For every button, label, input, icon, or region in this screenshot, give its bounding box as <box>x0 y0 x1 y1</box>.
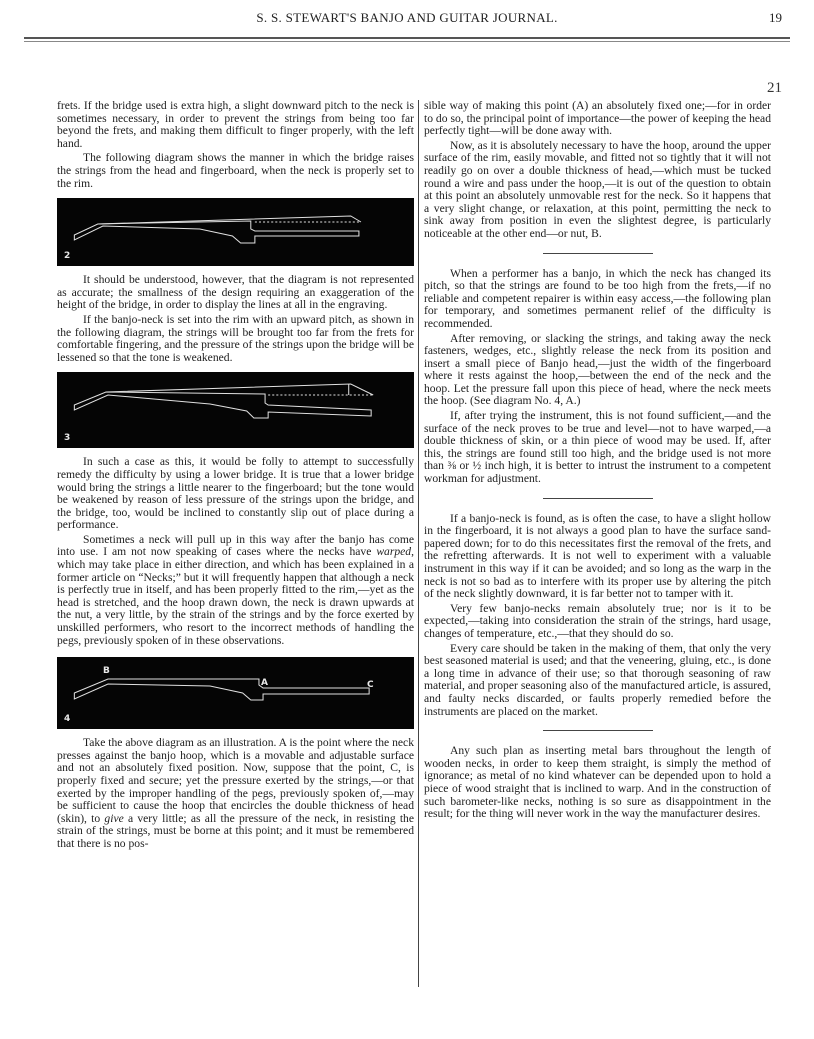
section-separator <box>543 730 653 731</box>
paragraph: If, after trying the instrument, this is… <box>424 410 771 486</box>
figure-label-b: B <box>103 665 110 678</box>
paragraph: sible way of making this point (A) an ab… <box>424 100 771 138</box>
paragraph: After removing, or slacking the strings,… <box>424 333 771 409</box>
paragraph: It should be understood, however, that t… <box>57 274 414 312</box>
section-separator <box>543 498 653 499</box>
paragraph: Now, as it is absolutely necessary to ha… <box>424 140 771 241</box>
inner-page-number: 21 <box>767 80 782 97</box>
paragraph: Sometimes a neck will pull up in this wa… <box>57 534 414 647</box>
banjo-neck-diagram-icon <box>57 198 414 266</box>
banjo-neck-labeled-diagram-icon <box>57 657 414 729</box>
paragraph: frets. If the bridge used is extra high,… <box>57 100 414 150</box>
paragraph: In such a case as this, it would be foll… <box>57 456 414 532</box>
paragraph: When a performer has a banjo, in which t… <box>424 268 771 331</box>
figure-label-a: A <box>261 677 268 690</box>
page-number: 19 <box>769 10 782 26</box>
paragraph: The following diagram shows the manner i… <box>57 152 414 190</box>
running-header: S. S. STEWART'S BANJO AND GUITAR JOURNAL… <box>0 10 814 30</box>
paragraph: Every care should be taken in the making… <box>424 643 771 719</box>
figure-4-diagram: B A C 4 <box>57 657 414 729</box>
column-divider <box>418 100 419 987</box>
header-rule-thick <box>24 37 790 39</box>
header-rule-thin <box>24 41 790 42</box>
paragraph: Very few banjo-necks remain absolutely t… <box>424 603 771 641</box>
left-column: frets. If the bridge used is extra high,… <box>57 100 414 851</box>
paragraph: Take the above diagram as an illustratio… <box>57 737 414 850</box>
figure-number: 2 <box>64 250 70 263</box>
figure-number: 3 <box>64 432 70 445</box>
figure-3-diagram: 3 <box>57 372 414 448</box>
right-column: sible way of making this point (A) an ab… <box>424 100 771 821</box>
figure-2-diagram: 2 <box>57 198 414 266</box>
figure-number: 4 <box>64 713 70 726</box>
section-separator <box>543 253 653 254</box>
journal-title: S. S. STEWART'S BANJO AND GUITAR JOURNAL… <box>0 10 814 26</box>
paragraph: If the banjo-neck is set into the rim wi… <box>57 314 414 364</box>
paragraph: If a banjo-neck is found, as is often th… <box>424 513 771 601</box>
figure-label-c: C <box>367 679 374 692</box>
paragraph: Any such plan as inserting metal bars th… <box>424 745 771 821</box>
banjo-neck-upward-diagram-icon <box>57 372 414 448</box>
